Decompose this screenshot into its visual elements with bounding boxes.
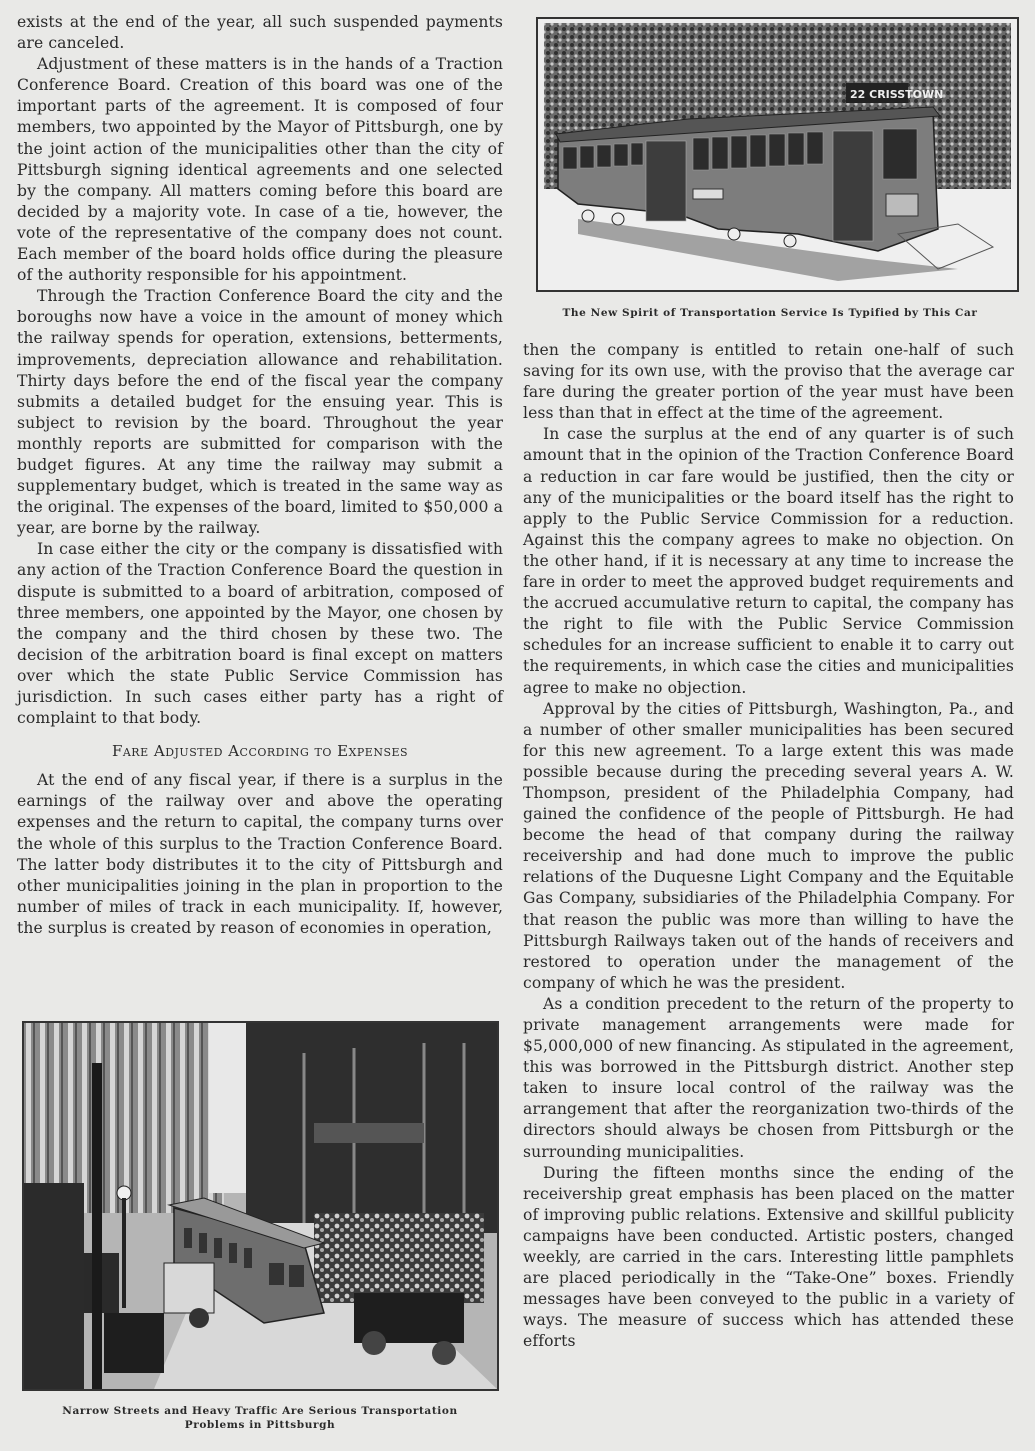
- caption-line: Problems in Pittsburgh: [20, 1418, 500, 1432]
- right-column: then the company is entitled to retain o…: [523, 340, 1014, 1353]
- paragraph: Approval by the cities of Pittsburgh, Wa…: [523, 699, 1014, 994]
- paragraph: At the end of any fiscal year, if there …: [17, 770, 503, 939]
- left-column: exists at the end of the year, all such …: [17, 12, 503, 939]
- paragraph: In case either the city or the company i…: [17, 539, 503, 729]
- street-traffic-image: [24, 1023, 497, 1389]
- streetcar-photo: 22 CRISSTOWN: [536, 17, 1019, 292]
- paragraph: As a condition precedent to the return o…: [523, 994, 1014, 1163]
- figure-caption: The New Spirit of Transportation Service…: [520, 306, 1020, 320]
- streetcar-image: 22 CRISSTOWN: [538, 19, 1017, 290]
- paragraph: During the fifteen months since the endi…: [523, 1163, 1014, 1353]
- paragraph: exists at the end of the year, all such …: [17, 12, 503, 54]
- paragraph: In case the surplus at the end of any qu…: [523, 424, 1014, 698]
- figure-caption: Narrow Streets and Heavy Traffic Are Ser…: [20, 1404, 500, 1432]
- caption-line: Narrow Streets and Heavy Traffic Are Ser…: [20, 1404, 500, 1418]
- paragraph: Through the Traction Conference Board th…: [17, 286, 503, 539]
- paragraph: Adjustment of these matters is in the ha…: [17, 54, 503, 286]
- paragraph: then the company is entitled to retain o…: [523, 340, 1014, 424]
- street-traffic-photo: [22, 1021, 499, 1391]
- route-sign: 22 CRISSTOWN: [850, 88, 943, 101]
- section-heading: Fare Adjusted According to Expenses: [17, 741, 503, 762]
